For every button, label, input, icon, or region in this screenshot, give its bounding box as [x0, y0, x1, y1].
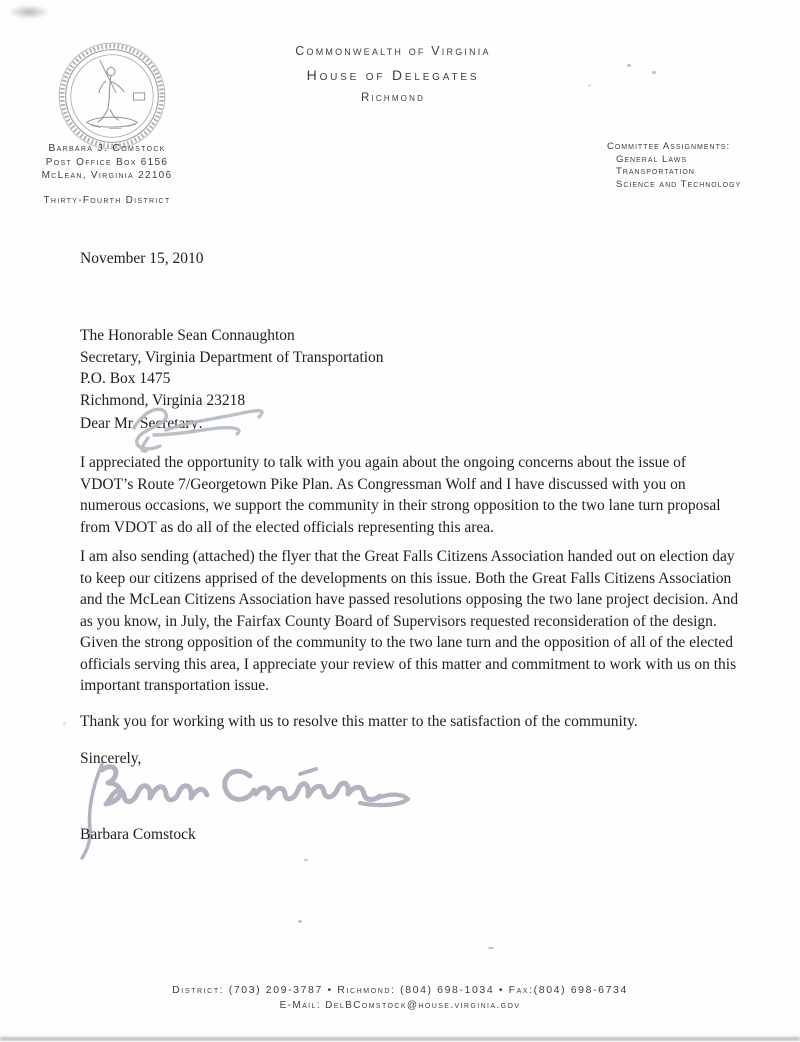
member-po-box: Post Office Box 6156 — [14, 156, 200, 170]
letterhead-org-block: Commonwealth of Virginia House of Delega… — [233, 44, 553, 104]
committee-item: Transportation — [607, 166, 797, 179]
scan-speck — [488, 947, 494, 949]
committee-assignments-block: Committee Assignments: General Laws Tran… — [607, 141, 797, 191]
committee-item: Science and Technology — [607, 179, 797, 192]
letter-date: November 15, 2010 — [80, 248, 740, 270]
virginia-state-seal-icon — [56, 40, 168, 152]
org-house: House of Delegates — [233, 67, 553, 83]
committee-heading: Committee Assignments: — [607, 141, 797, 154]
member-identity-block: Barbara J. Comstock Post Office Box 6156… — [14, 142, 200, 207]
member-city-zip: McLean, Virginia 22106 — [14, 169, 200, 183]
committee-item: General Laws — [607, 154, 797, 167]
recipient-line: P.O. Box 1475 — [80, 368, 740, 390]
scanned-letter-page: Commonwealth of Virginia House of Delega… — [0, 0, 800, 1042]
recipient-line: Secretary, Virginia Department of Transp… — [80, 347, 740, 369]
scan-speck — [63, 722, 66, 725]
scan-speck — [298, 920, 302, 923]
scan-bottom-edge — [0, 1036, 800, 1041]
scan-speck — [304, 859, 308, 861]
org-commonwealth: Commonwealth of Virginia — [233, 44, 553, 58]
scan-smudge — [8, 5, 50, 19]
footer-email-line: E-Mail: DelBComstock@house.virginia.gov — [0, 1000, 800, 1011]
scan-speck — [588, 84, 591, 87]
org-city: Richmond — [233, 92, 553, 104]
member-name: Barbara J. Comstock — [14, 142, 200, 156]
body-paragraph: I am also sending (attached) the flyer t… — [80, 546, 740, 697]
recipient-line: Richmond, Virginia 23218 — [80, 390, 740, 412]
body-paragraph: Thank you for working with us to resolve… — [80, 711, 740, 733]
footer-contact-line: District: (703) 209-3787 • Richmond: (80… — [0, 984, 800, 996]
member-district: Thirty-Fourth District — [14, 194, 200, 208]
body-paragraph: I appreciated the opportunity to talk wi… — [80, 452, 740, 538]
scan-speck — [652, 71, 656, 74]
letterhead-footer: District: (703) 209-3787 • Richmond: (80… — [0, 984, 800, 1011]
scan-speck — [627, 64, 631, 67]
recipient-line: The Honorable Sean Connaughton — [80, 325, 740, 347]
recipient-address-block: The Honorable Sean Connaughton Secretary… — [80, 325, 740, 411]
closing: Sincerely, — [80, 748, 740, 770]
signer-typed-name: Barbara Comstock — [80, 824, 740, 846]
salutation: Dear Mr. Secretary: — [80, 413, 740, 435]
